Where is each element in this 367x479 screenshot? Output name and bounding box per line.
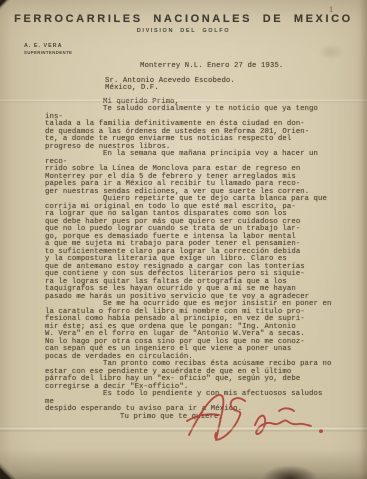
- letterhead-division: DIVISION DEL GOLFO: [0, 28, 367, 34]
- signature-strokes: [187, 395, 311, 440]
- paper-corner-shadow-top-left: [0, 0, 12, 12]
- paper-stain: [318, 44, 344, 60]
- recipient-city: México, D.F.: [105, 85, 333, 93]
- paragraph-5: Tan pronto como recibas ésta acúsame rec…: [45, 361, 333, 391]
- letterhead-company: FERROCARRILES NACIONALES DE MEXICO: [0, 13, 367, 25]
- paragraph-4: Se me ha ocurrido que es mejor insistir …: [45, 301, 333, 361]
- signature-autograph: [183, 391, 333, 446]
- letter-page: FERROCARRILES NACIONALES DE MEXICO DIVIS…: [0, 0, 367, 479]
- paper-crease-upper: [0, 99, 367, 103]
- paper-corner-shadow-bottom-left: [0, 457, 16, 479]
- letterhead-official-block: A. E. VERA SUPERINTENDENTE: [24, 43, 72, 55]
- letterhead-official-title: SUPERINTENDENTE: [24, 50, 72, 55]
- recipient-block: Sr. Antonio Acevedo Escobedo. México, D.…: [105, 78, 333, 93]
- dateline: Monterrey N.L. Enero 27 de 1935.: [140, 63, 333, 71]
- paper-corner-shadow-bottom-blob: [262, 465, 318, 479]
- paragraph-3: Quiero repetirte que te dejo carta blanc…: [45, 196, 333, 301]
- letter-content: Monterrey N.L. Enero 27 de 1935. Sr. Ant…: [45, 63, 333, 421]
- letter-body: Mi querido Primo, Te saludo cordialmente…: [45, 99, 333, 414]
- paragraph-1: Te saludo cordialmente y te noticio que …: [45, 106, 333, 151]
- paper-edge-shadow-right: [360, 0, 367, 479]
- page-number: 1: [329, 5, 333, 14]
- paper-crease-lower: [0, 426, 367, 432]
- paragraph-2: En la semana que mañana principia voy a …: [45, 151, 333, 196]
- letterhead-official-name: A. E. VERA: [24, 43, 72, 49]
